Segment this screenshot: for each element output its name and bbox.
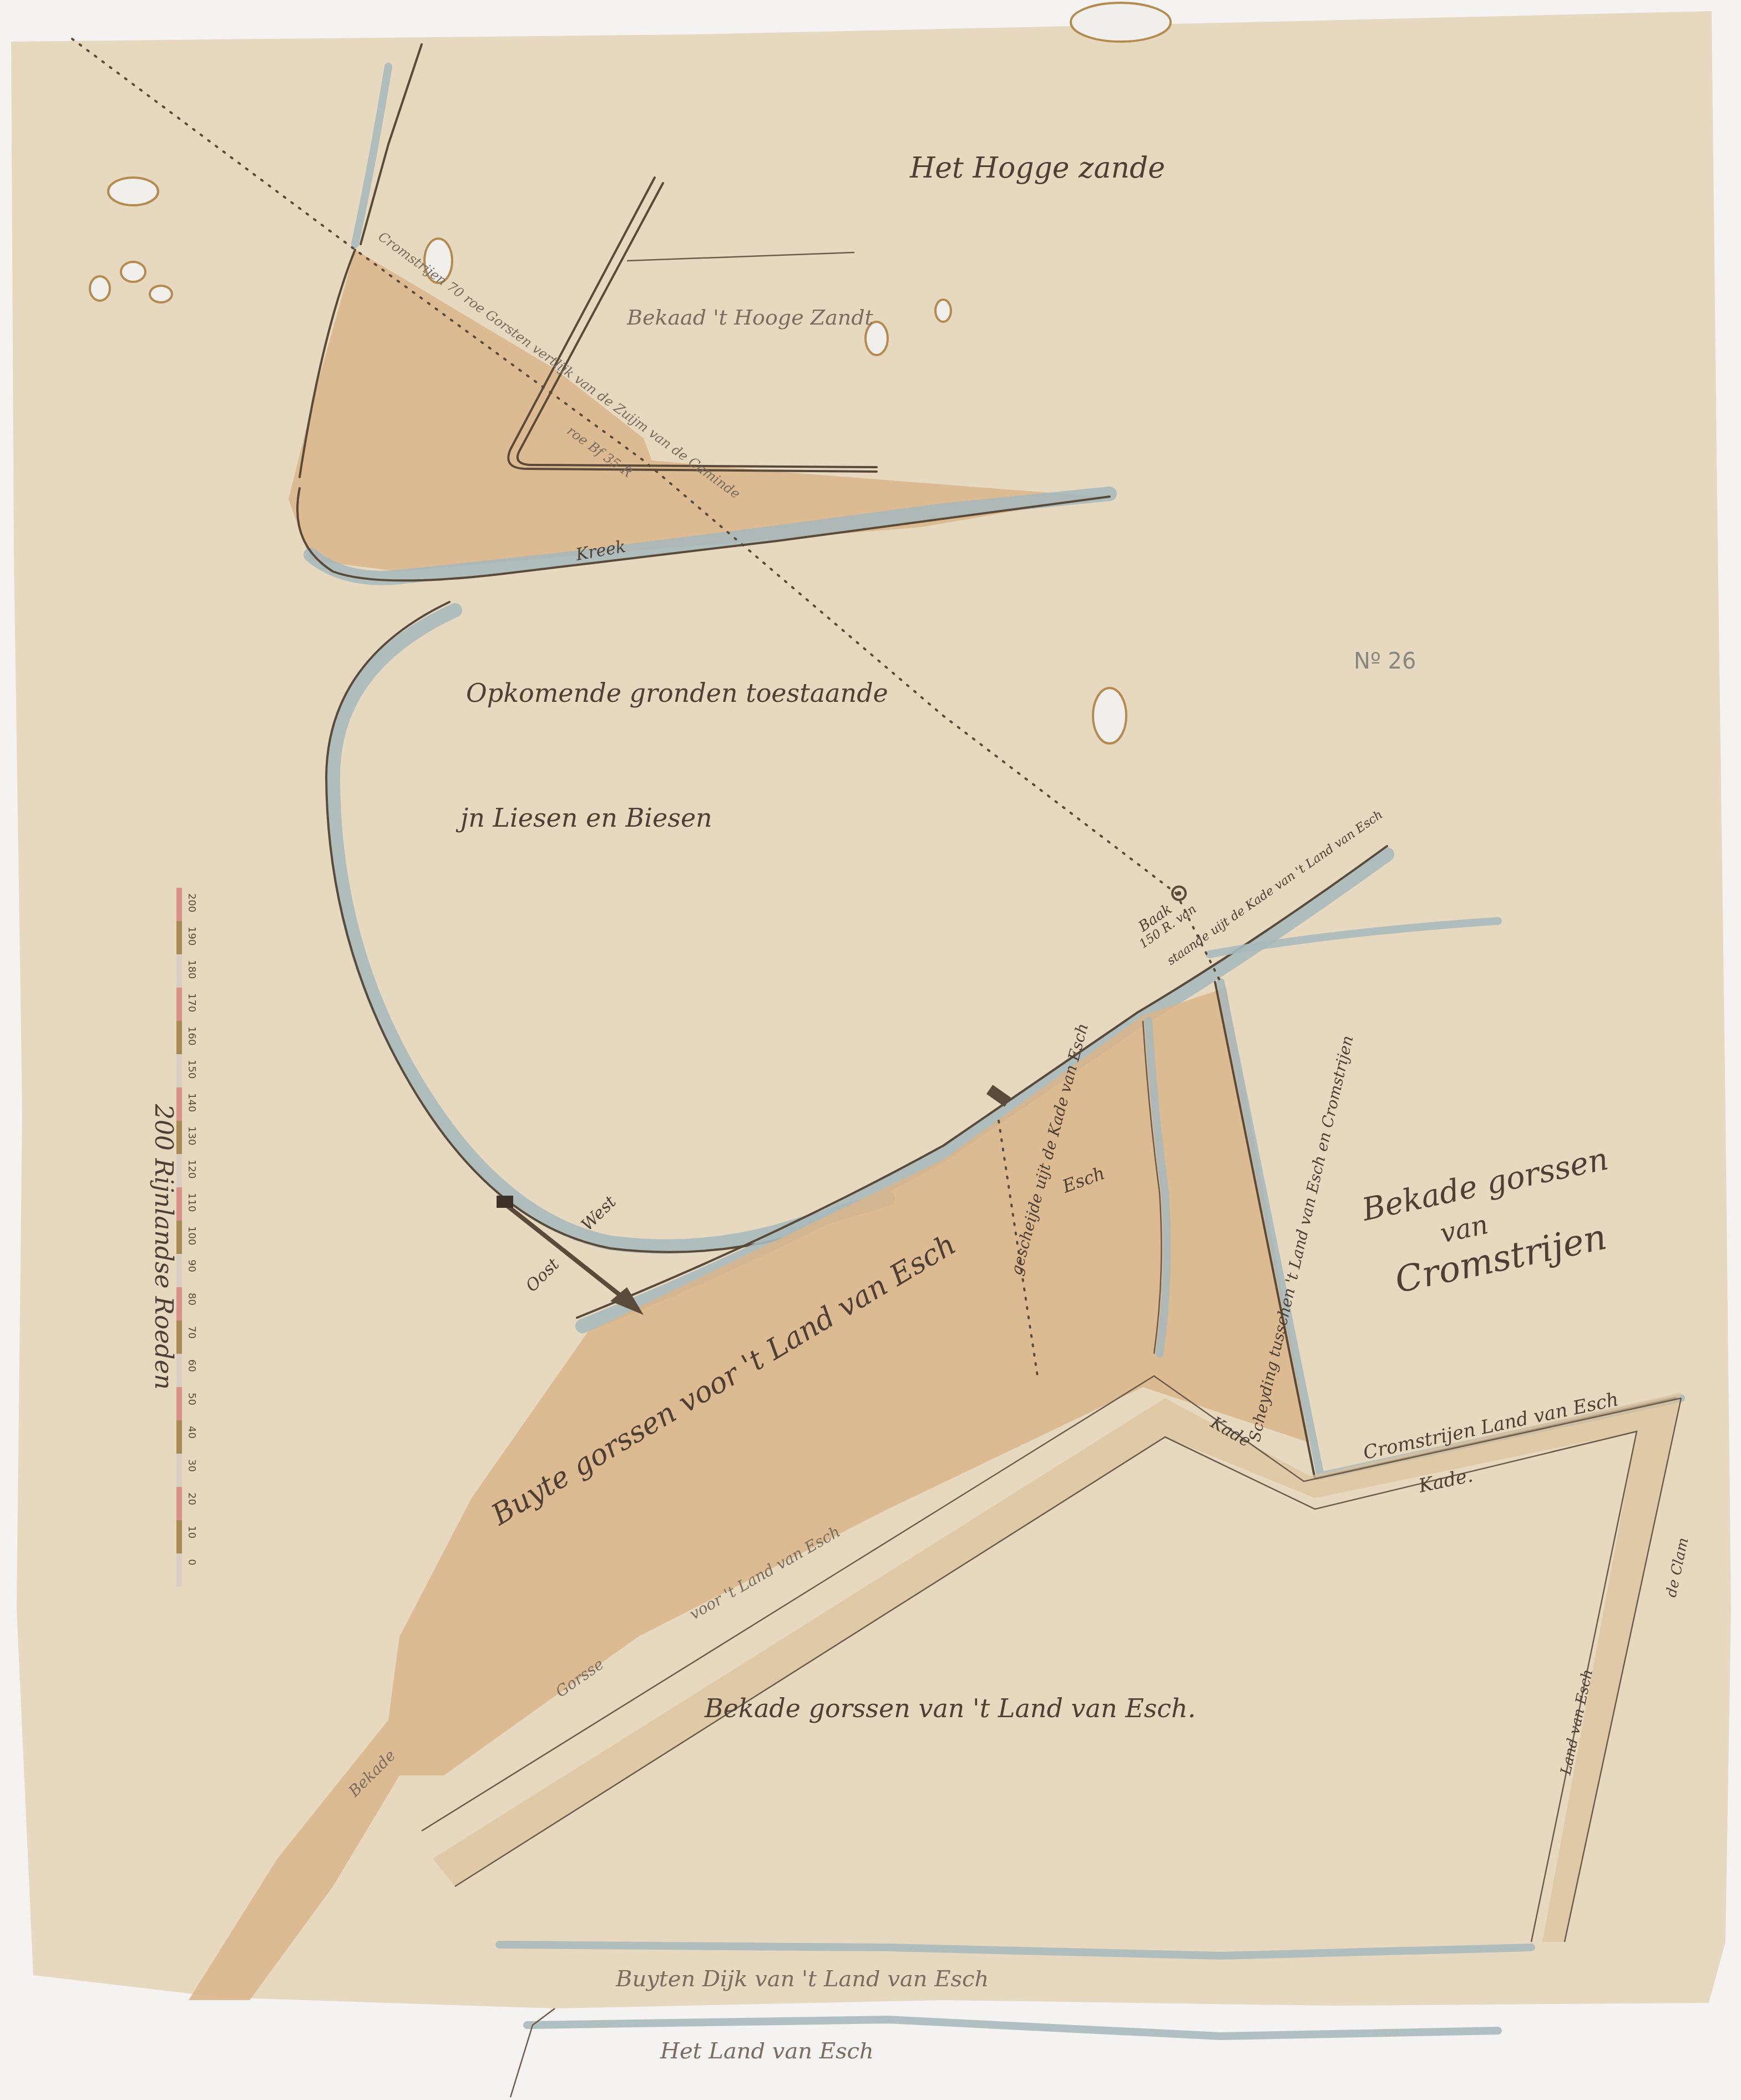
scale-tick: 140	[186, 1093, 198, 1112]
historical-map: 200 190 180 170 160 150 140 130 120 110 …	[0, 0, 1741, 2100]
scale-tick: 190	[186, 927, 198, 945]
scale-title: 200 Rijnlandse Roeden	[149, 1104, 178, 1390]
scale-tick: 200	[186, 893, 198, 912]
scale-tick: 160	[186, 1026, 198, 1045]
scale-tick: 70	[186, 1326, 198, 1339]
scale-tick: 90	[186, 1259, 198, 1272]
scale-tick: 0	[186, 1559, 198, 1565]
scale-tick: 130	[186, 1126, 198, 1145]
scale-tick: 180	[186, 960, 198, 979]
scale-tick: 170	[186, 993, 198, 1012]
scale-tick: 20	[186, 1492, 198, 1505]
label-bekaad: Bekaad 't Hooge Zandt	[626, 305, 874, 330]
scale-tick: 80	[186, 1293, 198, 1305]
label-buyten-dijk: Buyten Dijk van 't Land van Esch	[615, 1966, 989, 1992]
scale-tick: 40	[186, 1426, 198, 1439]
label-het-land-van-esch: Het Land van Esch	[660, 2038, 874, 2064]
label-het-hogge-zande: Het Hogge zande	[909, 151, 1165, 185]
catalog-annotation: Nº 26	[1354, 649, 1416, 674]
scale-tick: 100	[186, 1226, 198, 1245]
label-bekade-gorssen-land-van-esch: Bekade gorssen van 't Land van Esch.	[704, 1693, 1196, 1723]
scale-tick: 10	[186, 1526, 198, 1539]
baak-marker-dot	[1177, 891, 1181, 895]
scale-tick: 150	[186, 1060, 198, 1079]
scale-tick: 110	[186, 1193, 198, 1212]
label-liesen-biesen: jn Liesen en Biesen	[456, 803, 712, 833]
scale-tick: 30	[186, 1459, 198, 1472]
scale-tick: 120	[186, 1160, 198, 1178]
label-opkomende-gronden: Opkomende gronden toestaande	[466, 678, 888, 708]
scale-tick: 50	[186, 1393, 198, 1405]
scale-tick: 60	[186, 1359, 198, 1372]
scale-ticks: 200 190 180 170 160 150 140 130 120 110 …	[186, 893, 198, 1565]
